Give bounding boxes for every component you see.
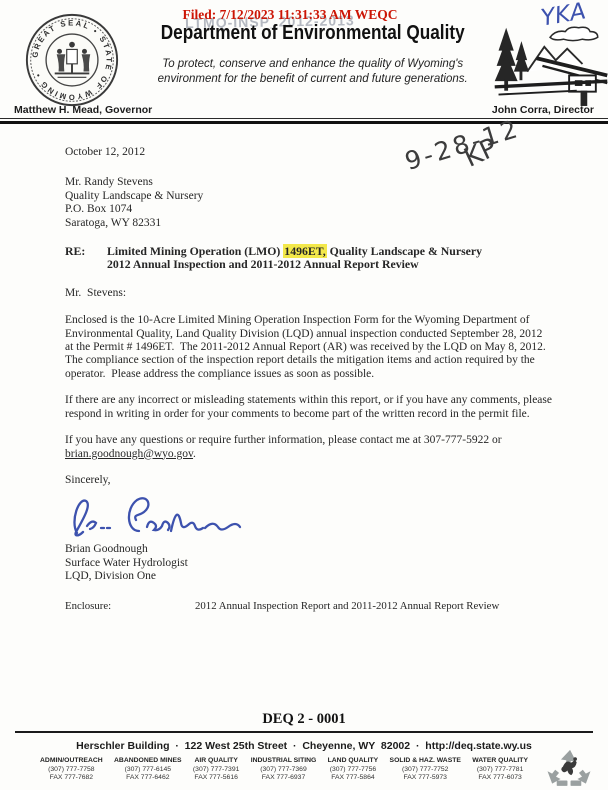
letterhead-center: Department of Environmental Quality To p… [136, 12, 489, 87]
re-line1-post: Quality Landscape & Nursery [327, 244, 482, 258]
highlighted-permit-number: 1496ET, [283, 244, 326, 258]
dept-fax: FAX 777-6462 [114, 774, 182, 781]
tagline-line-2: environment for the benefit of current a… [136, 72, 489, 87]
signature-graphic [67, 491, 257, 541]
trees-graphic [489, 20, 608, 108]
contact-line1: If you have any questions or require fur… [65, 434, 565, 447]
dept-land-quality: LAND QUALITY (307) 777-7756 FAX 777-5864 [328, 757, 379, 781]
recipient-city-state: Saratoga, WY 82331 [65, 217, 565, 230]
bates-number: DEQ 2 - 0001 [0, 711, 608, 728]
dept-abandoned-mines: ABANDONED MINES (307) 777-6145 FAX 777-6… [114, 757, 182, 781]
officials-row: Matthew H. Mead, Governor John Corra, Di… [14, 104, 594, 116]
dept-name: LAND QUALITY [328, 757, 379, 764]
subject-block: RE: Limited Mining Operation (LMO) 1496E… [65, 245, 565, 272]
recipient-address: Mr. Randy Stevens Quality Landscape & Nu… [65, 176, 565, 230]
agency-title: Department of Environmental Quality [161, 22, 465, 45]
signer-name: Brian Goodnough [65, 543, 565, 556]
dept-name: ADMIN/OUTREACH [40, 757, 103, 764]
handwritten-inspection-date: 9-28-12 KP [404, 121, 525, 180]
dept-phone: (307) 777-7391 [193, 766, 239, 773]
recipient-company: Quality Landscape & Nursery [65, 190, 565, 203]
contact-line2: brian.goodnough@wyo.gov. [65, 448, 565, 461]
recipient-po-box: P.O. Box 1074 [65, 203, 565, 216]
state-seal-graphic: GREAT SEAL • STATE OF WYOMING • [24, 12, 120, 108]
department-contacts: ADMIN/OUTREACH (307) 777-7758 FAX 777-76… [40, 757, 528, 781]
closing: Sincerely, [65, 474, 565, 487]
dept-fax: FAX 777-7682 [40, 774, 103, 781]
enclosure-text: 2012 Annual Inspection Report and 2011-2… [195, 600, 499, 613]
paragraph-2: If there are any incorrect or misleading… [65, 394, 565, 421]
dept-fax: FAX 777-5864 [328, 774, 379, 781]
dept-phone: (307) 777-7756 [328, 766, 379, 773]
dept-name: ABANDONED MINES [114, 757, 182, 764]
dept-name: WATER QUALITY [472, 757, 528, 764]
contact-email: brian.goodnough@wyo.gov [65, 448, 193, 460]
dept-admin-outreach: ADMIN/OUTREACH (307) 777-7758 FAX 777-76… [40, 757, 103, 781]
re-content: Limited Mining Operation (LMO) 1496ET, Q… [107, 245, 482, 272]
forest-cabin-illustration [489, 12, 608, 113]
dept-phone: (307) 777-7752 [390, 766, 461, 773]
signer-division: LQD, Division One [65, 570, 565, 583]
p1-line2: Environmental Quality, Land Quality Divi… [65, 328, 565, 341]
re-line-2: 2012 Annual Inspection and 2011-2012 Ann… [107, 258, 482, 271]
recipient-name: Mr. Randy Stevens [65, 176, 565, 189]
wyoming-state-seal-icon: GREAT SEAL • STATE OF WYOMING • [0, 12, 136, 113]
dept-industrial-siting: INDUSTRIAL SITING (307) 777-7369 FAX 777… [251, 757, 317, 781]
signer-title: Surface Water Hydrologist [65, 557, 565, 570]
p1-line3: at the Permit # 1496ET. The 2011-2012 An… [65, 341, 565, 354]
dept-phone: (307) 777-7781 [472, 766, 528, 773]
salutation: Mr. Stevens: [65, 287, 565, 300]
contact-period: . [193, 448, 196, 460]
dept-phone: (307) 777-7758 [40, 766, 103, 773]
dept-fax: FAX 777-6073 [472, 774, 528, 781]
re-line1-pre: Limited Mining Operation (LMO) [107, 244, 283, 258]
dept-name: INDUSTRIAL SITING [251, 757, 317, 764]
recycle-bucking-horse-icon [546, 748, 592, 790]
p2-line1: If there are any incorrect or misleading… [65, 394, 565, 407]
enclosure-label: Enclosure: [65, 600, 195, 613]
handwritten-signature [67, 491, 565, 543]
dept-fax: FAX 777-6937 [251, 774, 317, 781]
dept-phone: (307) 777-7369 [251, 766, 317, 773]
p1-line5: operator. Please address the compliance … [65, 368, 565, 381]
footer-address: Herschler Building · 122 West 25th Stree… [0, 740, 608, 752]
scanned-letter-page: LTMQ-INSP_2012-2013 Filed: 7/12/2023 11:… [0, 0, 608, 790]
p1-line1: Enclosed is the 10-Acre Limited Mining O… [65, 314, 565, 327]
paragraph-3-contact: If you have any questions or require fur… [65, 434, 565, 461]
letter-body: 9-28-12 KP October 12, 2012 Mr. Randy St… [65, 146, 565, 613]
p1-line4: The compliance section of the inspection… [65, 354, 565, 367]
re-line-1: Limited Mining Operation (LMO) 1496ET, Q… [107, 245, 482, 258]
enclosure-row: Enclosure: 2012 Annual Inspection Report… [65, 600, 565, 613]
dept-name: SOLID & HAZ. WASTE [390, 757, 461, 764]
dept-air-quality: AIR QUALITY (307) 777-7391 FAX 777-5616 [193, 757, 239, 781]
dept-name: AIR QUALITY [193, 757, 239, 764]
paragraph-1: Enclosed is the 10-Acre Limited Mining O… [65, 314, 565, 381]
dept-phone: (307) 777-6145 [114, 766, 182, 773]
re-label: RE: [65, 245, 107, 272]
dept-solid-haz-waste: SOLID & HAZ. WASTE (307) 777-7752 FAX 77… [390, 757, 461, 781]
dept-water-quality: WATER QUALITY (307) 777-7781 FAX 777-607… [472, 757, 528, 781]
p2-line2: respond in writing in order for your com… [65, 408, 565, 421]
dept-fax: FAX 777-5616 [193, 774, 239, 781]
dept-fax: FAX 777-5973 [390, 774, 461, 781]
governor-name: Matthew H. Mead, Governor [14, 104, 152, 116]
director-name: John Corra, Director [492, 104, 594, 116]
signer-block: Brian Goodnough Surface Water Hydrologis… [65, 543, 565, 583]
footer-divider [15, 731, 593, 733]
recycle-logo-graphic [546, 748, 592, 790]
tagline-line-1: To protect, conserve and enhance the qua… [136, 57, 489, 72]
letterhead: GREAT SEAL • STATE OF WYOMING • Departme… [0, 12, 608, 113]
agency-tagline: To protect, conserve and enhance the qua… [136, 57, 489, 87]
